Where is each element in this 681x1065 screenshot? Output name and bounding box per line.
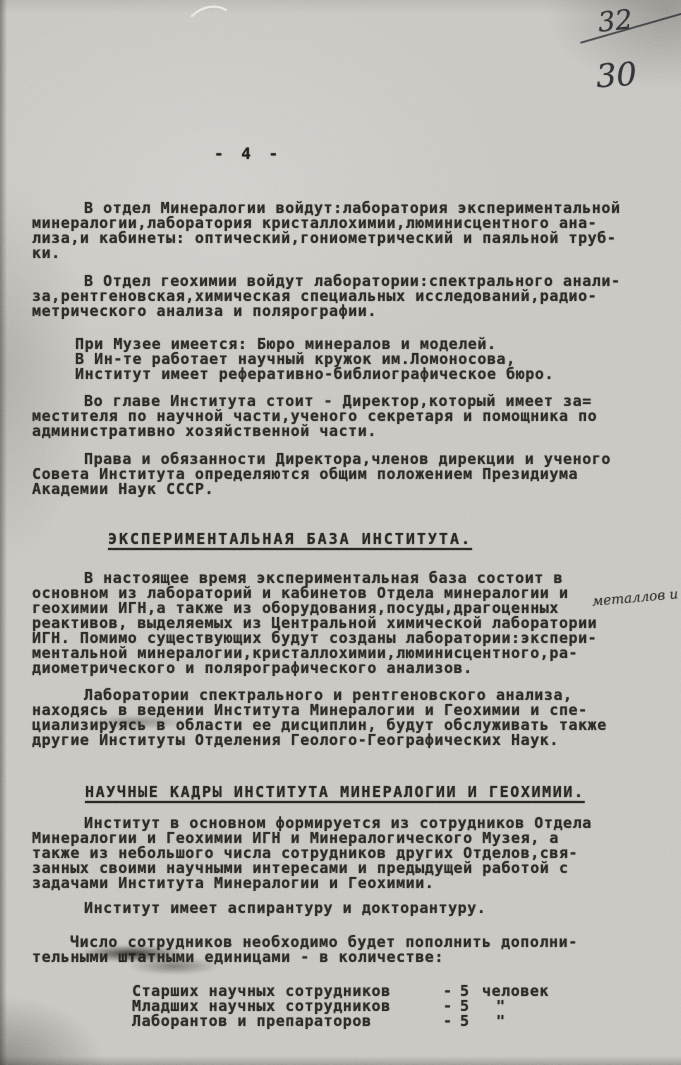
scanned-page: 32 30 - 4 - В отдел Минералогии войдут:л… xyxy=(0,0,681,1065)
paragraph-shtatnye-edinitsy: Число сотрудников необходимо будет попол… xyxy=(32,935,674,965)
paragraph-otdel-mineralogii: В отдел Минералогии войдут:лаборатория э… xyxy=(32,201,674,261)
section-heading-nauchnye-kadry: НАУЧНЫЕ КАДРЫ ИНСТИТУТА МИНЕРАЛОГИИ И ГЕ… xyxy=(85,784,585,800)
staff-row-unit: человек xyxy=(482,984,549,999)
staff-row-dash: - xyxy=(443,1014,453,1029)
staff-table: Старших научных сотрудников - 5 человек … xyxy=(132,984,612,1029)
paragraph-muzei-bureau: При Музее имеется: Бюро минералов и моде… xyxy=(75,337,681,382)
scratch-mark xyxy=(190,2,240,24)
page-number-label: - 4 - xyxy=(214,144,282,163)
table-row: Лаборантов и препараторов - 5 " xyxy=(132,1014,612,1029)
staff-row-count: 5 xyxy=(460,1014,470,1029)
paragraph-experimental-base: В настоящее время экспериментальная база… xyxy=(32,571,674,676)
staff-row-label: Лаборантов и препараторов xyxy=(132,1014,372,1029)
paragraph-aspirantura: Институт имеет аспирантуру и докторантур… xyxy=(32,901,674,916)
handwritten-page-number: 30 xyxy=(595,55,638,96)
staff-row-unit: " xyxy=(496,1014,506,1029)
paragraph-laboratorii-analiza: Лаборатории спектрального и рентгеновско… xyxy=(32,688,674,748)
paragraph-prava-direktora: Права и обязанности Директора,членов дир… xyxy=(32,452,674,497)
paragraph-director: Во главе Института стоит - Директор,кото… xyxy=(32,394,674,439)
section-heading-experimental-base: ЭКСПЕРИМЕНТАЛЬНАЯ БАЗА ИНСТИТУТА. xyxy=(108,531,472,547)
paragraph-otdel-geokhimii: В Отдел геохимии войдут лаборатории:спек… xyxy=(32,274,674,319)
paragraph-formirovanie-kadrov: Институт в основном формируется из сотру… xyxy=(32,816,674,891)
